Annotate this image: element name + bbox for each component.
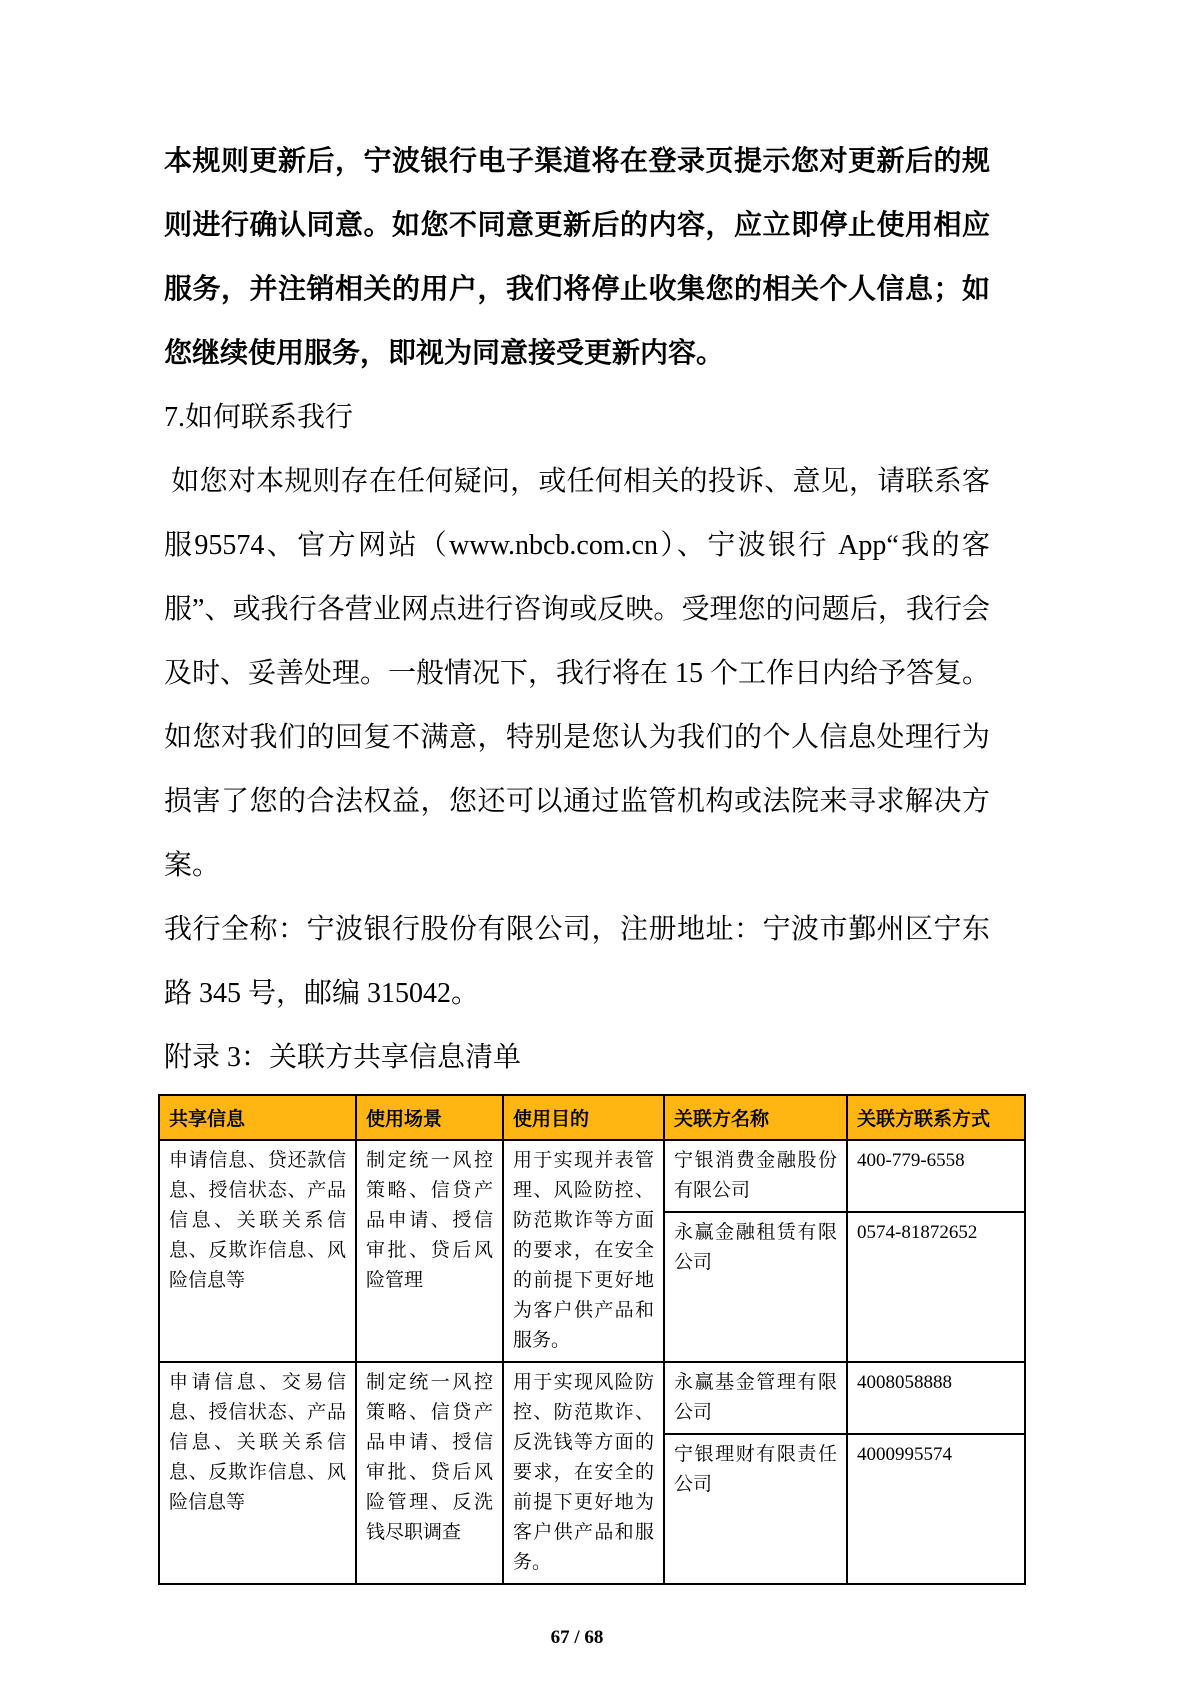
cell-usage-purpose: 用于实现风险防控、防范欺诈、反洗钱等方面的要求，在安全的前提下更好地为客户供产品… — [503, 1362, 664, 1584]
cell-partner-contact: 4000995574 — [847, 1434, 1025, 1584]
paragraph: 如您对我们的回复不满意，特别是您认为我们的个人信息处理行为损害了您的合法权益，您… — [164, 706, 990, 898]
related-party-sharing-table: 共享信息使用场景使用目的关联方名称关联方联系方式 申请信息、贷还款信息、授信状态… — [158, 1094, 1026, 1585]
table-row: 申请信息、交易信息、授信状态、产品信息、关联关系信息、反欺诈信息、风险信息等制定… — [159, 1362, 1025, 1434]
paragraph: 本规则更新后，宁波银行电子渠道将在登录页提示您对更新后的规则进行确认同意。如您不… — [164, 130, 990, 386]
column-header: 关联方名称 — [664, 1095, 847, 1140]
cell-partner-contact: 0574-81872652 — [847, 1212, 1025, 1362]
cell-usage-scenario: 制定统一风控策略、信贷产品申请、授信审批、贷后风险管理、反洗钱尽职调查 — [356, 1362, 503, 1584]
cell-partner-contact: 400-779-6558 — [847, 1140, 1025, 1212]
cell-partner-contact: 4008058888 — [847, 1362, 1025, 1434]
cell-partner-name: 永赢金融租赁有限公司 — [664, 1212, 847, 1362]
paragraph: 如您对本规则存在任何疑问，或任何相关的投诉、意见，请联系客服95574、官方网站… — [164, 450, 990, 706]
page-content: 本规则更新后，宁波银行电子渠道将在登录页提示您对更新后的规则进行确认同意。如您不… — [0, 0, 1190, 1649]
cell-partner-name: 宁银理财有限责任公司 — [664, 1434, 847, 1584]
page-number: 67 / 68 — [164, 1627, 990, 1649]
column-header: 共享信息 — [159, 1095, 356, 1140]
table-body: 申请信息、贷还款信息、授信状态、产品信息、关联关系信息、反欺诈信息、风险信息等制… — [159, 1140, 1025, 1584]
appendix-heading: 附录 3：关联方共享信息清单 — [164, 1026, 990, 1090]
column-header: 使用目的 — [503, 1095, 664, 1140]
table-row: 申请信息、贷还款信息、授信状态、产品信息、关联关系信息、反欺诈信息、风险信息等制… — [159, 1140, 1025, 1212]
cell-shared-info: 申请信息、贷还款信息、授信状态、产品信息、关联关系信息、反欺诈信息、风险信息等 — [159, 1140, 356, 1362]
cell-partner-name: 宁银消费金融股份有限公司 — [664, 1140, 847, 1212]
document-page: 本规则更新后，宁波银行电子渠道将在登录页提示您对更新后的规则进行确认同意。如您不… — [0, 0, 1190, 1683]
paragraph: 7.如何联系我行 — [164, 386, 990, 450]
body-text: 本规则更新后，宁波银行电子渠道将在登录页提示您对更新后的规则进行确认同意。如您不… — [164, 130, 990, 1026]
cell-shared-info: 申请信息、交易信息、授信状态、产品信息、关联关系信息、反欺诈信息、风险信息等 — [159, 1362, 356, 1584]
cell-usage-scenario: 制定统一风控策略、信贷产品申请、授信审批、贷后风险管理 — [356, 1140, 503, 1362]
column-header: 使用场景 — [356, 1095, 503, 1140]
column-header: 关联方联系方式 — [847, 1095, 1025, 1140]
table-header-row: 共享信息使用场景使用目的关联方名称关联方联系方式 — [159, 1095, 1025, 1140]
cell-usage-purpose: 用于实现并表管理、风险防控、防范欺诈等方面的要求，在安全的前提下更好地为客户供产… — [503, 1140, 664, 1362]
cell-partner-name: 永赢基金管理有限公司 — [664, 1362, 847, 1434]
paragraph: 我行全称：宁波银行股份有限公司，注册地址：宁波市鄞州区宁东路 345 号，邮编 … — [164, 898, 990, 1026]
